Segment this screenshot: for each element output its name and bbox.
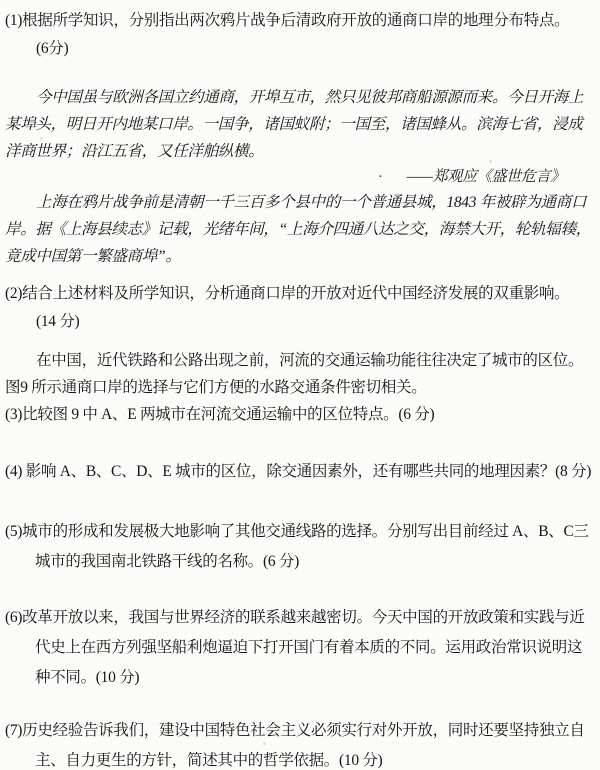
question-2-text: (2)结合上述材料及所学知识，分析通商口岸的开放对近代中国经济发展的双重影响。: [5, 280, 595, 308]
material-quote-block: 今中国虽与欧洲各国立约通商，开埠互市，然只见彼邦商船源源而来。今日开海上某埠头，…: [5, 84, 595, 189]
attribution-dot: ·: [378, 165, 383, 189]
question-2-score: (14 分): [5, 308, 595, 336]
question-7: (7)历史经验告诉我们，建设中国特色社会主义必须实行对外开放，同时还要坚持独立自…: [5, 716, 595, 770]
attribution-text: ——郑观应《盛世危言》: [407, 169, 565, 185]
question-1-score: (6分): [5, 35, 595, 63]
question-5: (5)城市的形成和发展极大地影响了其他交通线路的选择。分别写出目前经过 A、B、…: [5, 517, 595, 577]
scan-speckle: [330, 100, 333, 103]
question-1-text: (1)根据所学知识，分别指出两次鸦片战争后清政府开放的通商口岸的地理分布特点。: [5, 7, 595, 35]
quote-attribution: ·——郑观应《盛世危言》: [5, 165, 595, 189]
paragraph-shanghai: 上海在鸦片战争前是清朝一千三百多个县中的一个普通县城，1843 年被辟为通商口岸…: [5, 189, 595, 270]
scan-speckle: [489, 160, 492, 163]
scan-speckle: [40, 137, 43, 140]
question-4: (4) 影响 A、B、C、D、E 城市的区位，除交通因素外，还有哪些共同的地理因…: [5, 458, 595, 486]
exam-scan-body: { "page": { "bg_color": "#fbfbf9", "text…: [0, 0, 600, 770]
question-6: (6)改革开放以来，我国与世界经济的联系越来越密切。今天中国的开放政策和实践与近…: [5, 603, 595, 693]
question-3: (3)比较图 9 中 A、E 两城市在河流交通运输中的区位特点。(6 分): [5, 401, 595, 429]
scan-speckle: [263, 742, 266, 745]
material-quote-text: 今中国虽与欧洲各国立约通商，开埠互市，然只见彼邦商船源源而来。今日开海上某埠头，…: [5, 84, 595, 165]
question-1: (1)根据所学知识，分别指出两次鸦片战争后清政府开放的通商口岸的地理分布特点。 …: [5, 7, 595, 63]
question-2: (2)结合上述材料及所学知识，分析通商口岸的开放对近代中国经济发展的双重影响。 …: [5, 280, 595, 336]
document-page: (1)根据所学知识，分别指出两次鸦片战争后清政府开放的通商口岸的地理分布特点。 …: [0, 0, 600, 770]
paragraph-river-transport: 在中国，近代铁路和公路出现之前，河流的交通运输功能往往决定了城市的区位。图9 所…: [5, 347, 595, 401]
